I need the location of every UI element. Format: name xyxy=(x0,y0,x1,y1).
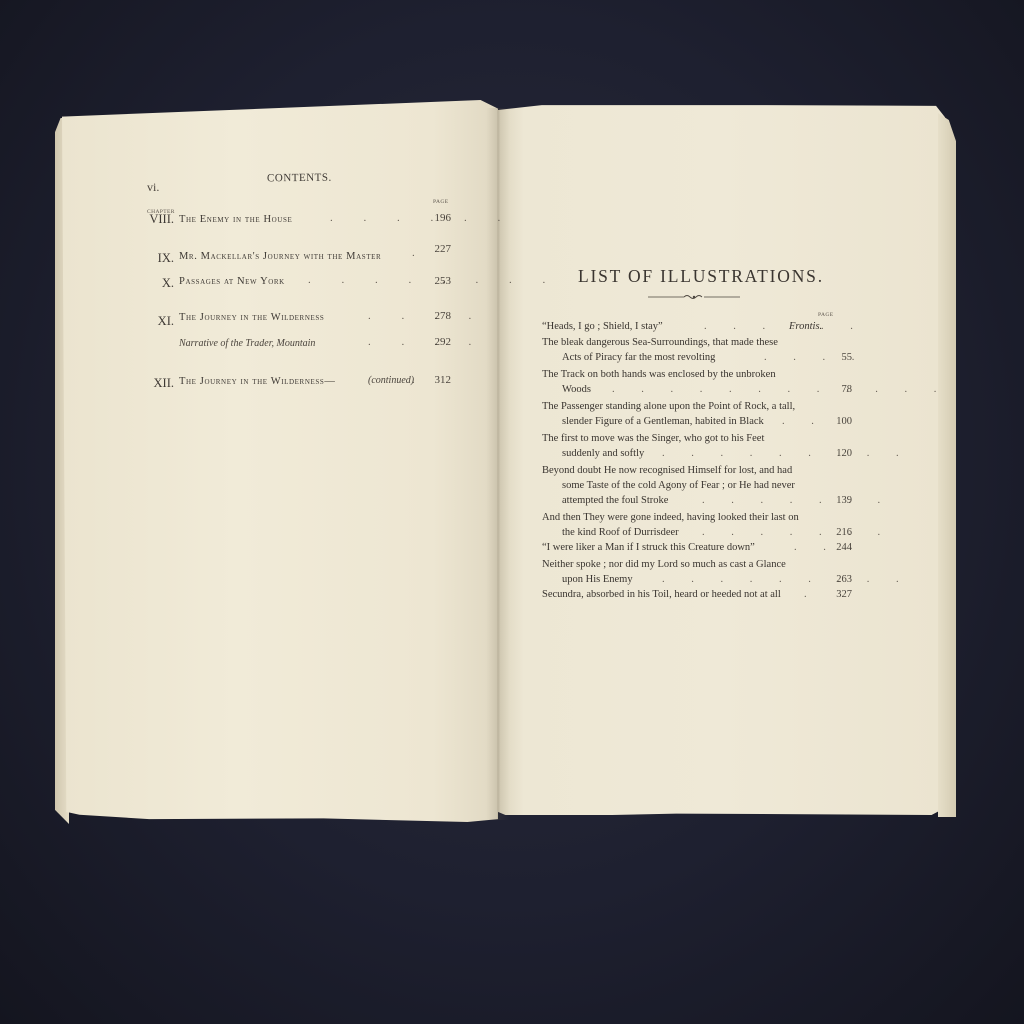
page-number: 100 xyxy=(816,416,852,427)
leader-dots: . . . . . . xyxy=(704,321,865,332)
chapter-number: XII. xyxy=(138,376,174,391)
illustrations-title: LIST OF ILLUSTRATIONS. xyxy=(578,266,824,287)
left-page xyxy=(62,100,498,822)
illustration-caption: Secundra, absorbed in his Toil, heard or… xyxy=(542,589,781,600)
leader-dots: . . . . . . . . . . . . xyxy=(612,384,948,395)
page-number: 55 xyxy=(816,352,852,363)
illustration-caption-continued: Acts of Piracy far the most revolting xyxy=(562,352,715,363)
chapter-number: XI. xyxy=(138,314,174,329)
page-number: Frontis. xyxy=(789,321,822,332)
illustration-caption-continued: Woods xyxy=(562,384,591,395)
illustration-caption: And then They were gone indeed, having l… xyxy=(542,512,799,523)
page-number: 278 xyxy=(421,310,451,322)
illustration-caption-continued: slender Figure of a Gentleman, habited i… xyxy=(562,416,764,427)
chapter-title: Passages at New York xyxy=(179,276,285,287)
ornament-divider-icon xyxy=(648,292,740,302)
illustration-caption-continued: the kind Roof of Durrisdeer xyxy=(562,527,679,538)
illustration-caption: The Track on both hands was enclosed by … xyxy=(542,369,776,380)
illustration-caption: “I were liker a Man if I struck this Cre… xyxy=(542,542,755,553)
right-page-edge xyxy=(938,113,956,817)
chapter-number: X. xyxy=(138,276,174,291)
chapter-title: The Journey in the Wilderness— xyxy=(179,376,335,387)
page-number: 216 xyxy=(816,527,852,538)
page-column-label: PAGE xyxy=(433,199,448,205)
chapter-title: The Enemy in the House xyxy=(179,214,292,225)
subentry-title: Narrative of the Trader, Mountain xyxy=(179,338,315,349)
chapter-title-suffix: (continued) xyxy=(368,375,414,386)
illustration-caption-continued: attempted the foul Stroke xyxy=(562,495,668,506)
chapter-number: VIII. xyxy=(138,212,174,227)
page-number: 139 xyxy=(816,495,852,506)
open-book: vi. CONTENTS. CHAPTER PAGE VIII. The Ene… xyxy=(0,0,1024,1024)
page-number: 312 xyxy=(421,374,451,386)
leader-dots: . . . . . . . xyxy=(702,495,892,506)
chapter-title: The Journey in the Wilderness xyxy=(179,312,324,323)
chapter-title: Mr. Mackellar's Journey with the Master xyxy=(179,251,381,262)
leader-dots: . . . . . . . xyxy=(702,527,892,538)
page-number: 196 xyxy=(421,212,451,224)
page-number: 78 xyxy=(816,384,852,395)
illustration-caption: The first to move was the Singer, who go… xyxy=(542,433,764,444)
page-number: 244 xyxy=(816,542,852,553)
illustration-caption-continued: some Taste of the cold Agony of Fear ; o… xyxy=(562,480,795,491)
illustration-caption-continued: upon His Enemy xyxy=(562,574,633,585)
page-folio: vi. xyxy=(147,180,159,195)
leader-dots: . . . . . . . . . xyxy=(662,448,911,459)
page-number: 292 xyxy=(421,336,451,348)
page-number: 263 xyxy=(816,574,852,585)
chapter-number: IX. xyxy=(138,251,174,266)
right-page xyxy=(497,103,945,815)
illustration-caption: Beyond doubt He now recognised Himself f… xyxy=(542,465,792,476)
illustration-caption: “Heads, I go ; Shield, I stay” xyxy=(542,321,663,332)
leader-dots: . . . . . . . . . xyxy=(662,574,911,585)
illustration-caption: The bleak dangerous Sea-Surroundings, th… xyxy=(542,337,778,348)
illustration-caption-continued: suddenly and softly xyxy=(562,448,644,459)
page-column-label: PAGE xyxy=(818,312,833,318)
page-number: 120 xyxy=(816,448,852,459)
illustration-caption: The Passenger standing alone upon the Po… xyxy=(542,401,795,412)
page-number: 253 xyxy=(421,275,451,287)
running-head: CONTENTS. xyxy=(267,172,332,185)
page-number: 227 xyxy=(421,243,451,255)
page-number: 327 xyxy=(816,589,852,600)
illustration-caption: Neither spoke ; nor did my Lord so much … xyxy=(542,559,786,570)
